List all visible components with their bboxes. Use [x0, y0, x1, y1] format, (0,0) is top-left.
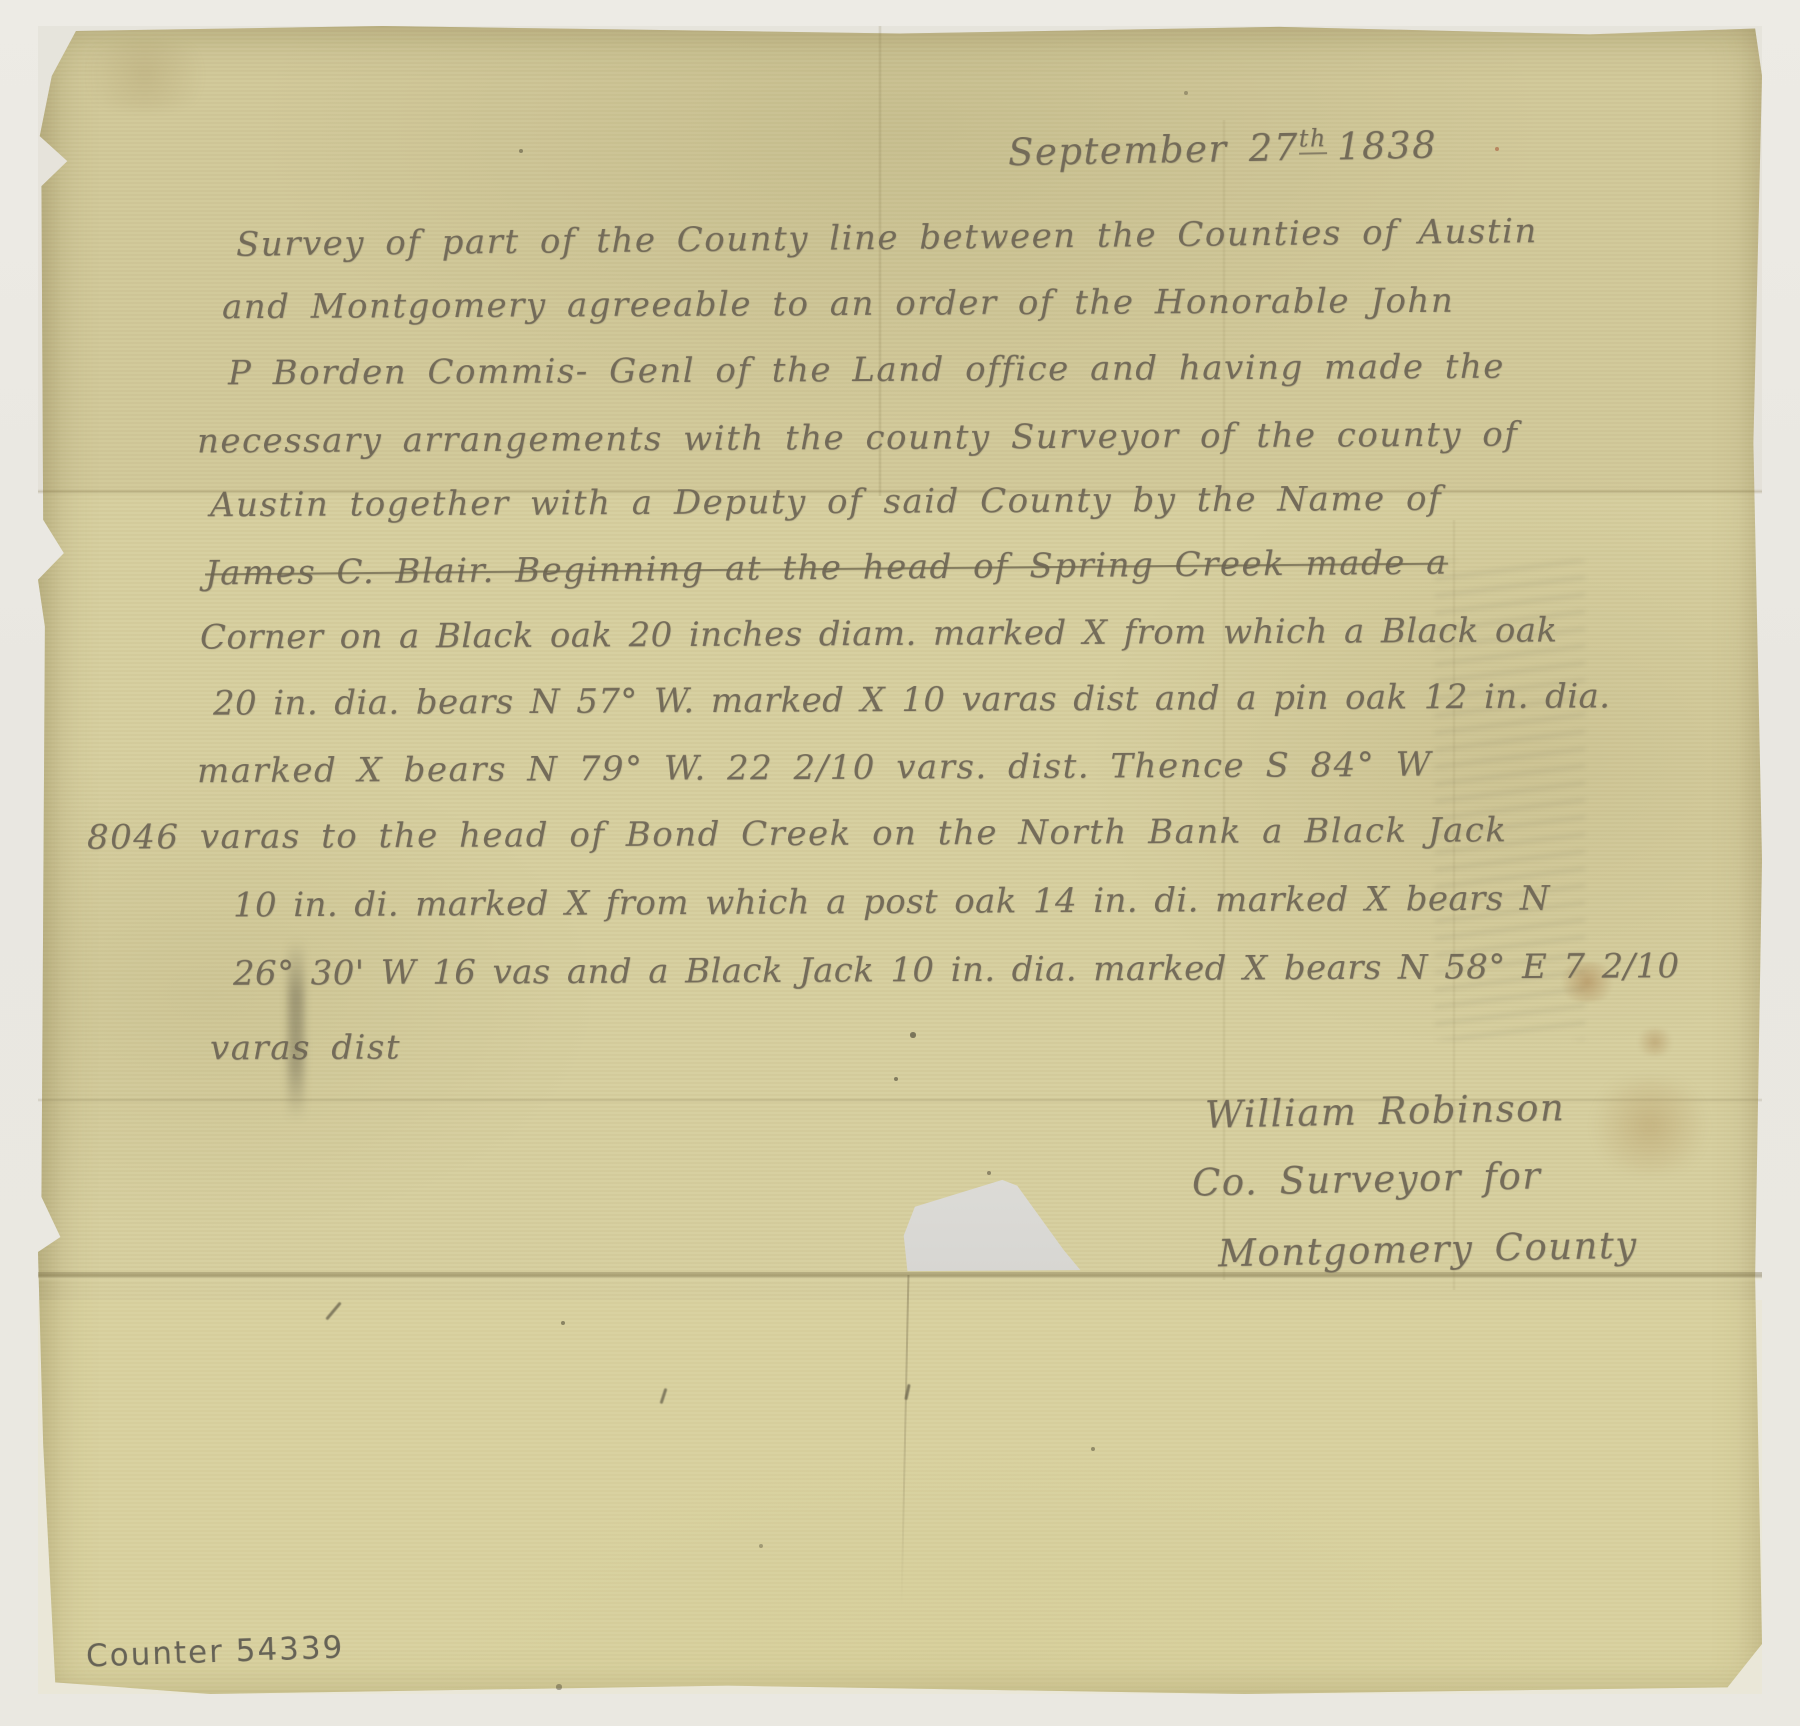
stain	[1632, 1028, 1678, 1056]
date-line: September 27th1838	[1008, 122, 1438, 174]
signature-title: Co. Surveyor for	[1192, 1154, 1542, 1204]
signature-county: Montgomery County	[1218, 1224, 1638, 1276]
stain	[1580, 1078, 1720, 1173]
signature-name: William Robinson	[1205, 1086, 1566, 1137]
date-ordinal-superscript: th	[1298, 124, 1327, 154]
document-line: Corner on a Black oak 20 inches diam. ma…	[200, 610, 1558, 657]
document-line: and Montgomery agreeable to an order of …	[222, 281, 1454, 327]
document-line: 26° 30' W 16 vas and a Black Jack 10 in.…	[233, 946, 1680, 994]
document-line: P Borden Commis- Genl of the Land office…	[228, 347, 1505, 394]
document-line: 20 in. dia. bears N 57° W. marked X 10 v…	[213, 676, 1611, 723]
document-line: 10 in. di. marked X from which a post oa…	[233, 879, 1550, 926]
document-line: 8046 varas to the head of Bond Creek on …	[87, 810, 1508, 857]
document-line: varas dist	[210, 1028, 401, 1069]
date-prefix: September 27	[1008, 126, 1300, 174]
paper-specks	[0, 0, 2, 2]
document-line: necessary arrangements with the county S…	[197, 415, 1519, 462]
stain	[70, 40, 220, 110]
date-year: 1838	[1337, 124, 1438, 169]
document-line: marked X bears N 79° W. 22 2/10 vars. di…	[197, 745, 1432, 791]
document-line: Austin together with a Deputy of said Co…	[210, 479, 1442, 525]
